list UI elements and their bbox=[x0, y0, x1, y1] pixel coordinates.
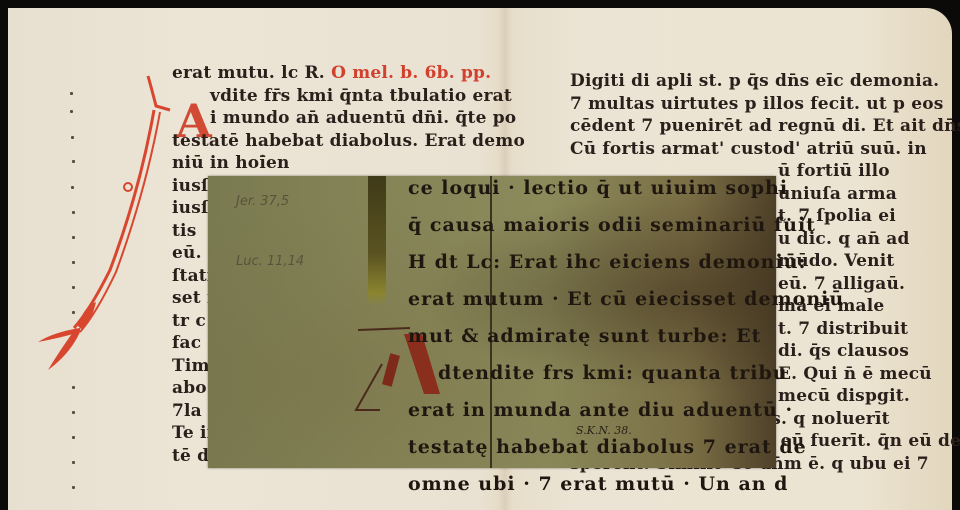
rubric-line: erat mutu. lc R. O mel. b. 6b. pp. bbox=[172, 62, 529, 85]
fragment-line: omne ubi · 7 erat mutū · Un an d bbox=[408, 466, 844, 503]
fragment-line: ce loqui · lectio q̄ ut uiuim sophi bbox=[408, 170, 844, 207]
fragment-line: mut & admiratę sunt turbe: Et bbox=[408, 318, 844, 355]
pricking-mark bbox=[72, 486, 75, 489]
pricking-mark bbox=[72, 436, 75, 439]
fragment-line: q̄ causa maioris odii seminariū fuit bbox=[408, 207, 844, 244]
rubric-heading: O mel. b. 6b. pp. bbox=[331, 63, 491, 83]
text-line: erat mutu. lc R. bbox=[172, 63, 325, 83]
pencil-note: Luc. 11,14 bbox=[236, 254, 304, 269]
text-line: 7 multas uirtutes p illos fecit. ut p eo… bbox=[570, 93, 960, 116]
fragment-line: H dt Lc: Erat ihc eiciens demoniū: bbox=[408, 244, 844, 281]
fragment-line: erat mutum · Et cū eiecisset demoniū bbox=[408, 281, 844, 318]
initial-flourish-icon bbox=[30, 70, 180, 390]
text-line: Cū fortis armat' custod' atriū suū. in bbox=[570, 138, 960, 161]
text-line: cēdent 7 puenirēt ad regnū di. Et ait dn… bbox=[570, 115, 960, 138]
fragment-line: dtendite frs kmi: quanta tribu bbox=[408, 355, 844, 392]
shelfmark: S.K.N. 38. bbox=[576, 424, 632, 437]
fragment-stain-bar bbox=[368, 176, 386, 306]
pricking-mark bbox=[72, 461, 75, 464]
fragment-text: ce loqui · lectio q̄ ut uiuim sophi q̄ c… bbox=[408, 170, 844, 503]
text-line: vdite fr̄s kmi q̄nta tbulatio erat bbox=[172, 85, 529, 108]
text-line: testatē habebat diabolus. Erat demo bbox=[172, 130, 529, 153]
text-line: Digiti di apli st. p q̄s dn̄s eīc demoni… bbox=[570, 70, 960, 93]
pricking-mark bbox=[72, 411, 75, 414]
text-line: i mundo an̄ aduentū dn̄i. q̄te po bbox=[172, 107, 529, 130]
overlaid-fragment: Jer. 37,5 Luc. 11,14 ce loqui · lectio q… bbox=[208, 176, 776, 468]
pencil-note: Jer. 37,5 bbox=[236, 194, 289, 209]
